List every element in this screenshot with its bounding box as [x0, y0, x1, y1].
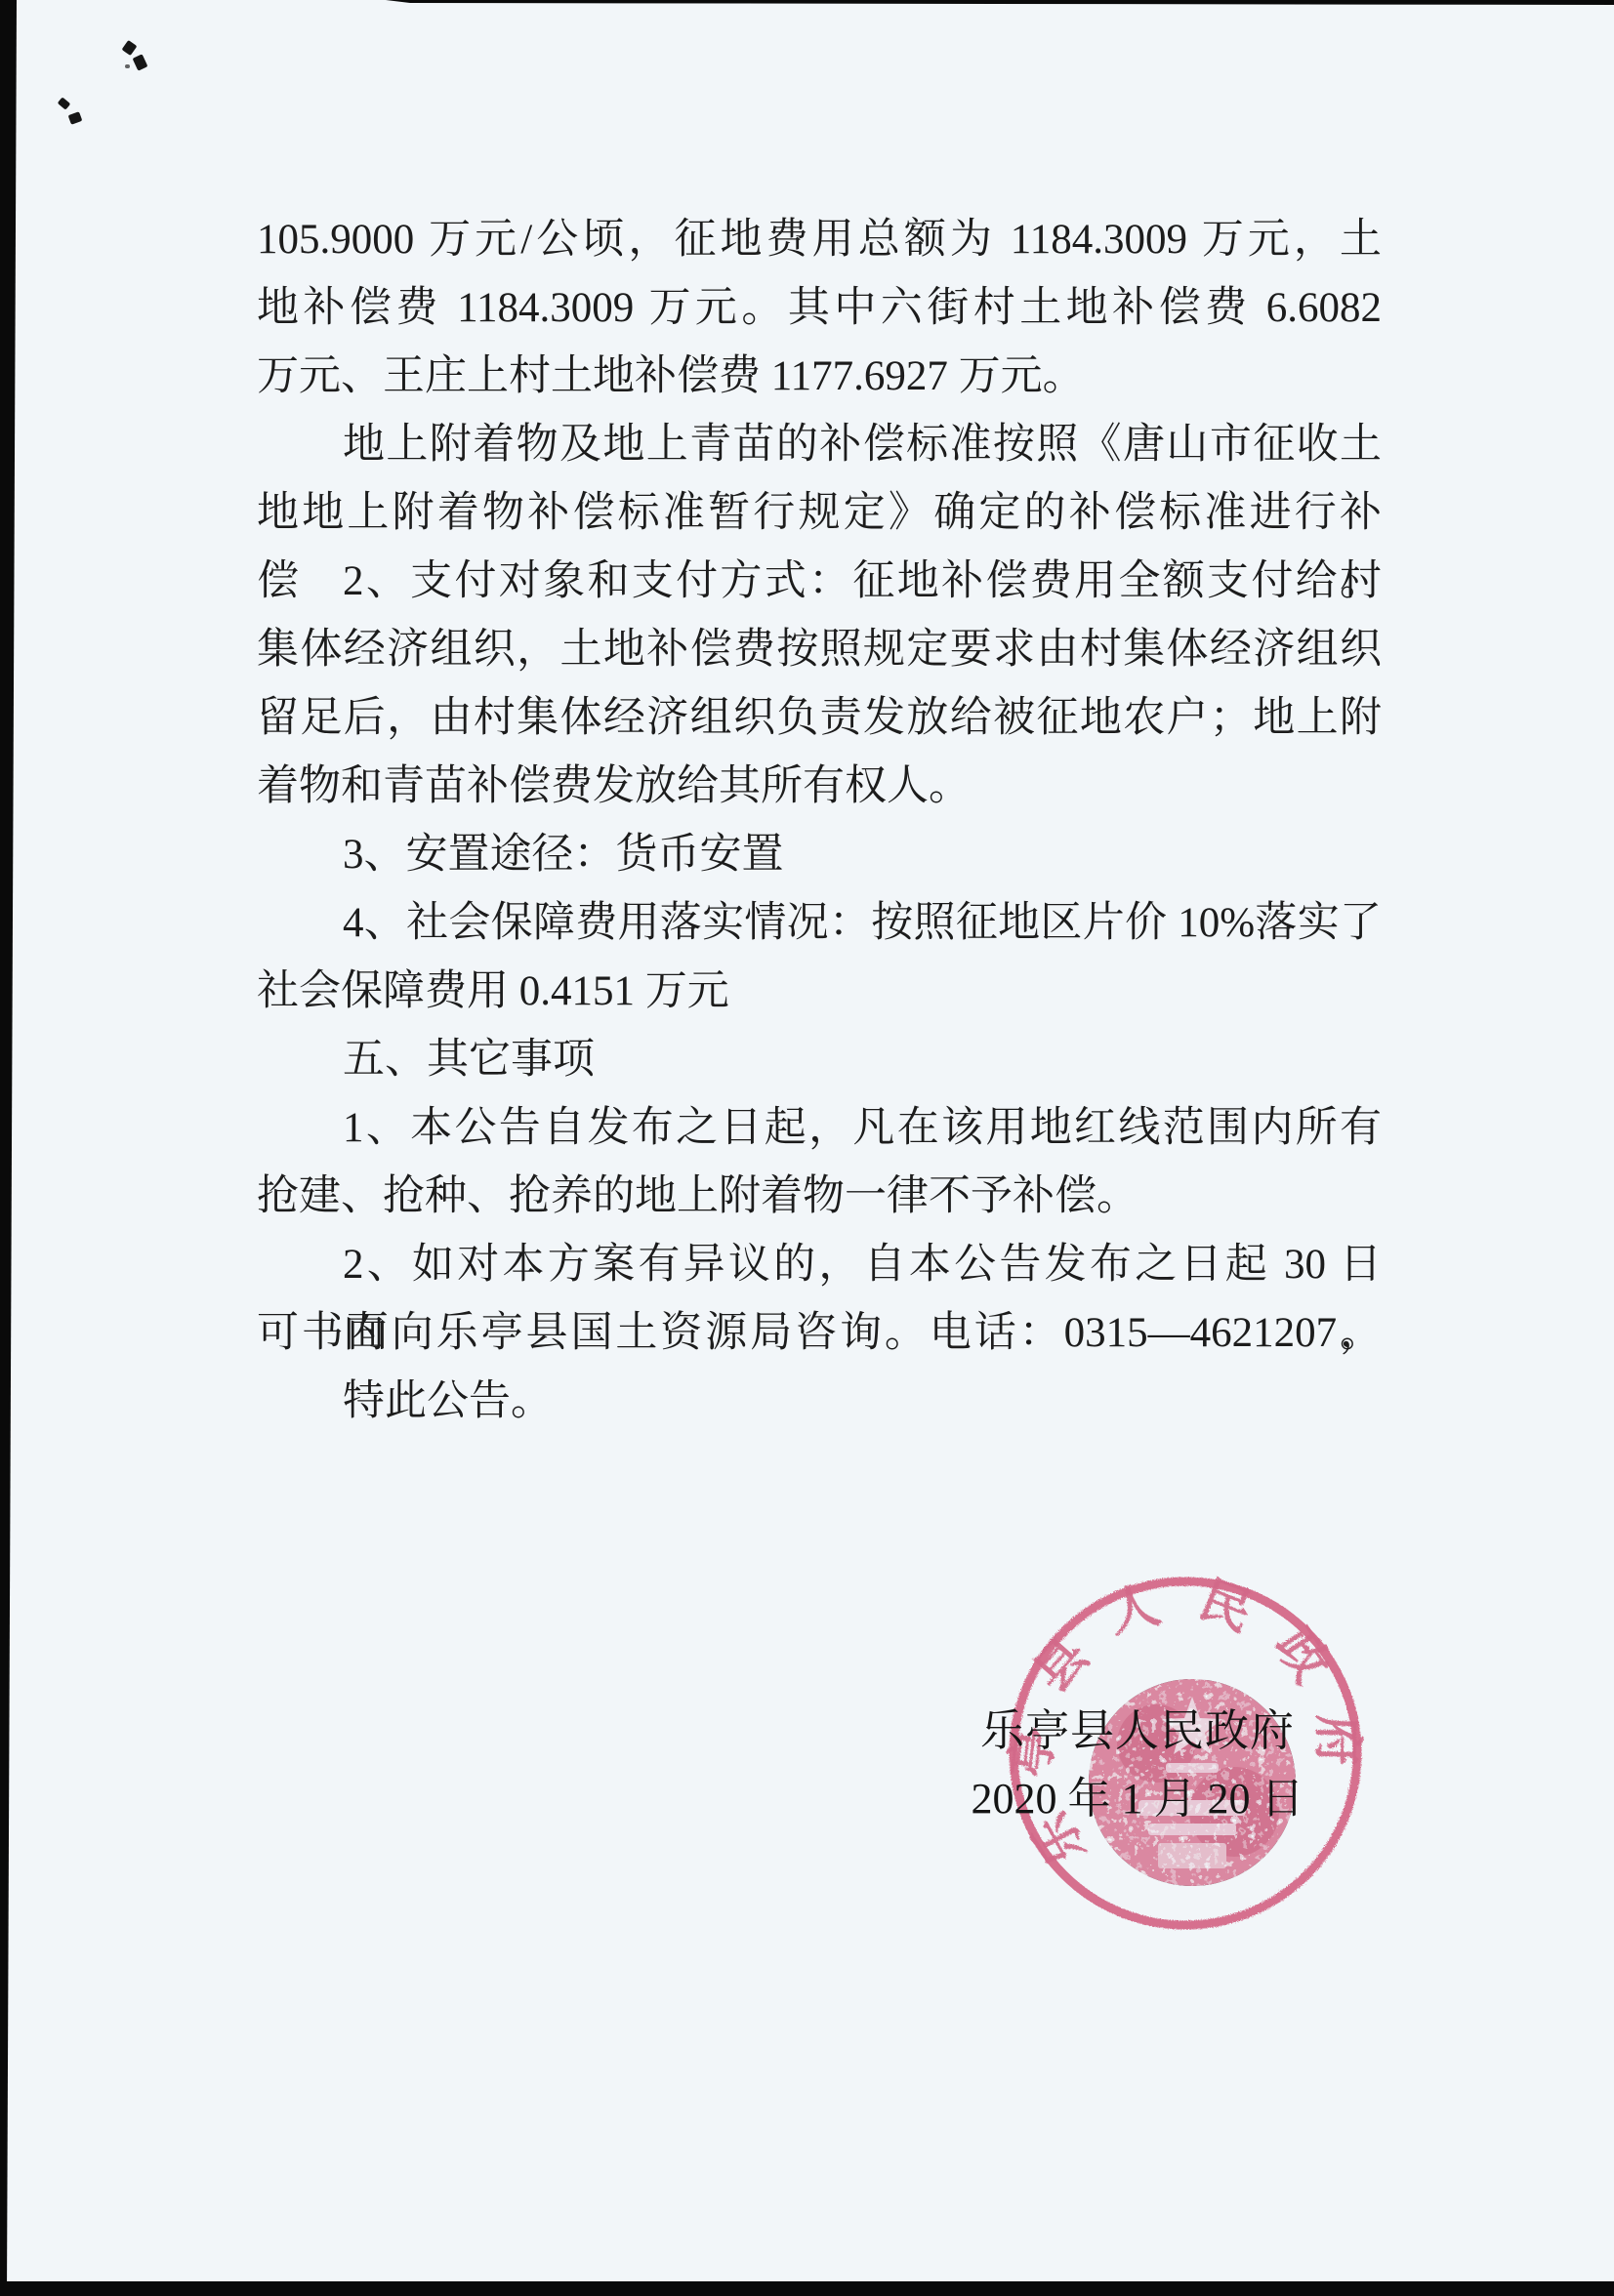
body-line: 地地上附着物补偿标准暂行规定》确定的补偿标准进行补偿。 [257, 479, 1382, 548]
scan-border-top [386, 0, 1614, 5]
body-line: 特此公告。 [257, 1368, 1382, 1436]
body-line: 留足后，由村集体经济组织负责发放给被征地农户；地上附 [257, 684, 1382, 753]
body-line: 可书面向乐亭县国土资源局咨询。电话：0315—4621207。 [257, 1299, 1382, 1368]
scanned-document-page: 105.9000 万元/公顷，征地费用总额为 1184.3009 万元，土 地补… [0, 0, 1614, 2296]
body-line: 4、社会保障费用落实情况：按照征地区片价 10%落实了 [257, 889, 1382, 958]
signature-issuer: 乐亭县人民政府 [937, 1706, 1338, 1755]
scan-border-bottom [0, 2281, 1614, 2296]
scan-border-left [0, 0, 20, 2296]
body-line: 集体经济组织，土地补偿费按照规定要求由村集体经济组织 [257, 616, 1382, 684]
body-line: 万元、王庄上村土地补偿费 1177.6927 万元。 [257, 343, 1382, 411]
body-line: 1、本公告自发布之日起，凡在该用地红线范围内所有 [257, 1094, 1382, 1163]
body-line: 2、支付对象和支付方式：征地补偿费用全额支付给村 [257, 548, 1382, 616]
body-line: 地补偿费 1184.3009 万元。其中六街村土地补偿费 6.6082 [257, 274, 1382, 343]
body-line: 抢建、抢种、抢养的地上附着物一律不予补偿。 [257, 1163, 1382, 1231]
body-line: 地上附着物及地上青苗的补偿标准按照《唐山市征收土 [257, 411, 1382, 479]
ink-speck [133, 54, 148, 70]
body-line: 五、其它事项 [257, 1026, 1382, 1094]
body-line: 105.9000 万元/公顷，征地费用总额为 1184.3009 万元，土 [257, 206, 1382, 274]
body-line: 着物和青苗补偿费发放给其所有权人。 [257, 753, 1382, 821]
ink-speck [122, 40, 138, 56]
body-line: 2、如对本方案有异议的，自本公告发布之日起 30 日内， [257, 1231, 1382, 1299]
ink-speck [58, 97, 71, 109]
document-body: 105.9000 万元/公顷，征地费用总额为 1184.3009 万元，土 地补… [257, 206, 1382, 1436]
signature-date: 2020 年 1 月 20 日 [918, 1775, 1357, 1824]
body-line: 3、安置途径：货币安置 [257, 821, 1382, 889]
ink-speck [125, 64, 130, 68]
ink-speck [68, 111, 83, 125]
body-line: 社会保障费用 0.4151 万元 [257, 958, 1382, 1026]
